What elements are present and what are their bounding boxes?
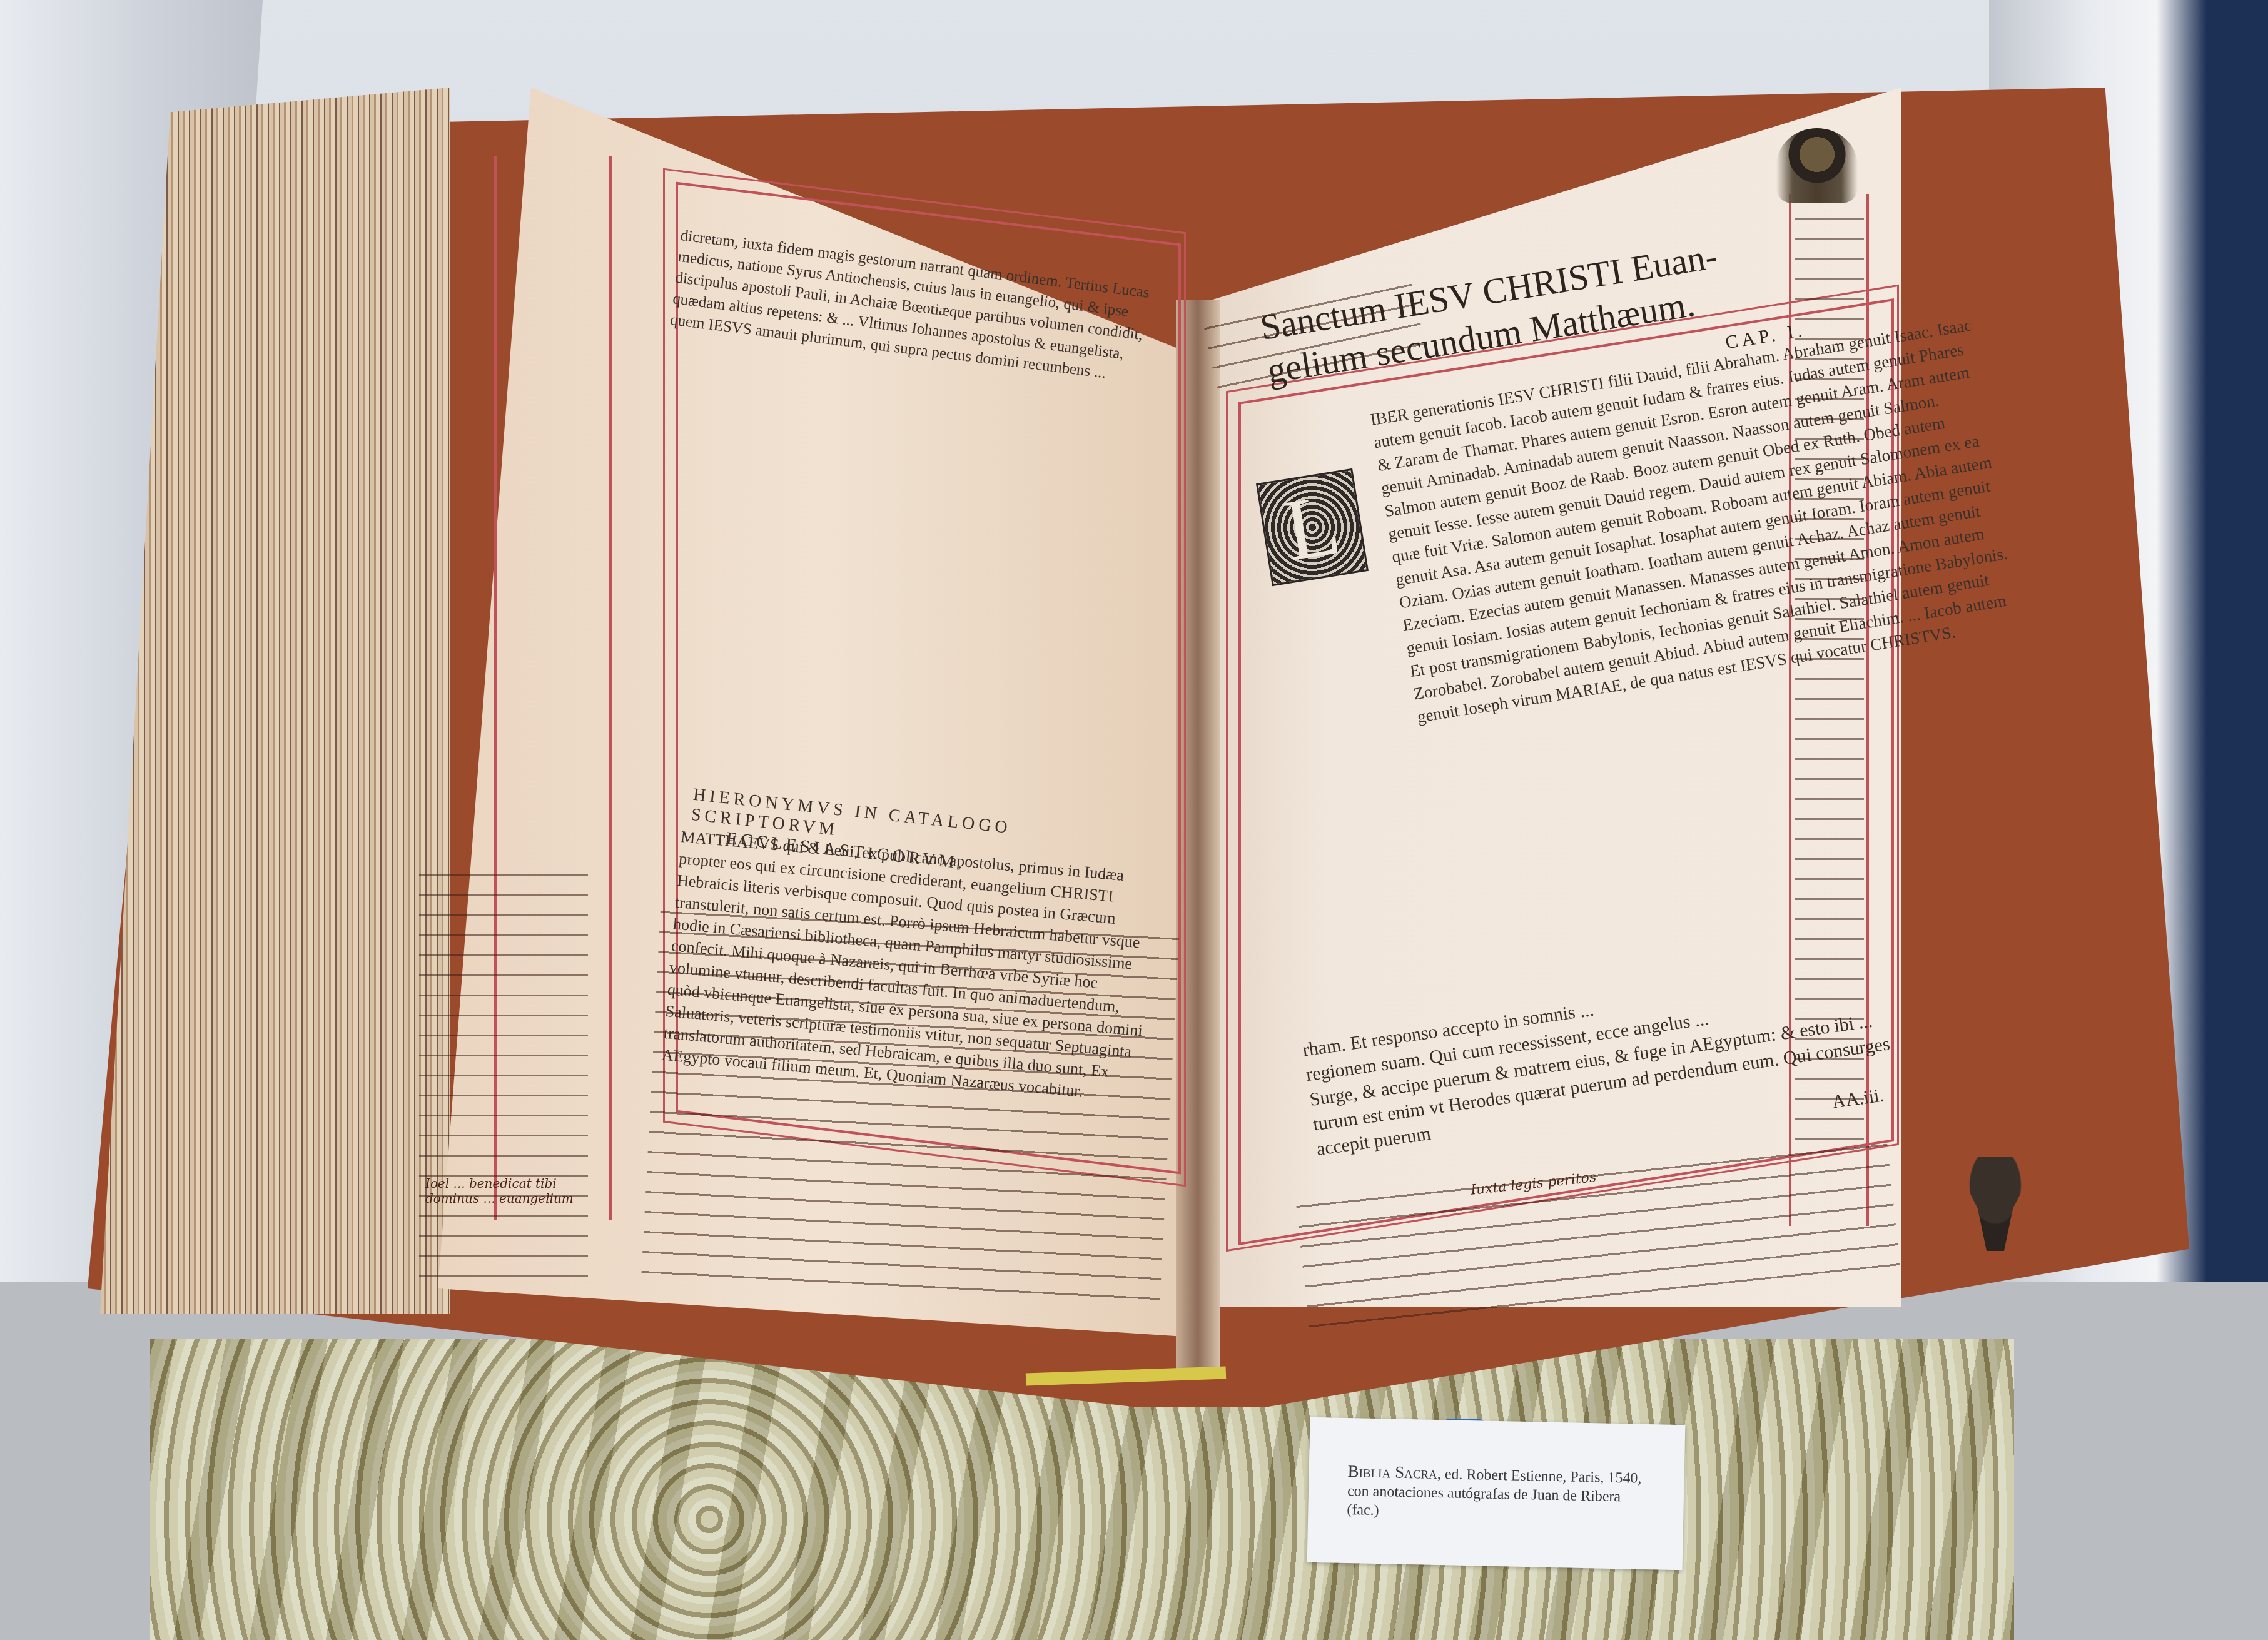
handwritten-notes-left-bottom — [640, 900, 1179, 1315]
label-title: Biblia Sacra — [1347, 1462, 1437, 1482]
annotation-snippet: Iuxta legis peritos — [1470, 1170, 1597, 1198]
annotation-snippet: Ioel ... benedicat tibi dominus ... euan… — [425, 1176, 582, 1206]
label-text: Biblia Sacra, ed. Robert Estienne, Paris… — [1347, 1462, 1648, 1526]
label-edition: , ed. Robert Estienne, Paris, 1540, — [1437, 1466, 1642, 1487]
winged-angel-icon — [1776, 128, 1858, 203]
label-annotation-note: con anotaciones autógrafas de Juan de Ri… — [1347, 1483, 1621, 1519]
handwritten-notes-left-margin: Ioel ... benedicat tibi dominus ... euan… — [419, 863, 588, 1288]
museum-label-card: Biblia Sacra, ed. Robert Estienne, Paris… — [1307, 1417, 1686, 1571]
handwritten-notes-right-margin — [1795, 206, 1864, 1145]
